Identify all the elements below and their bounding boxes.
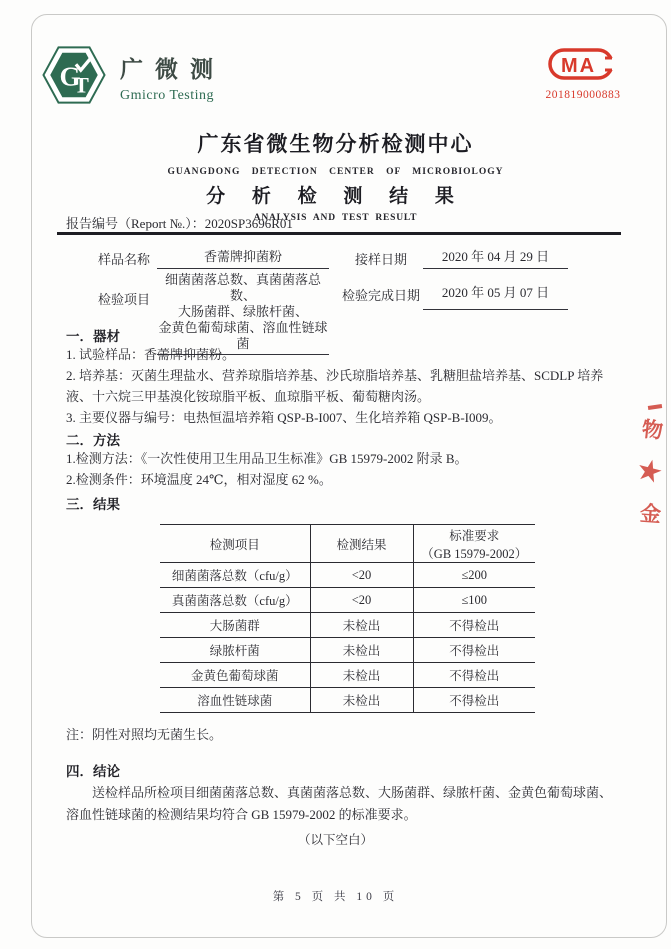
cma-icon: MA [548,67,618,84]
header-rule [57,232,621,235]
section-method-heading: 二．方法 [66,429,120,449]
sample-name-label: 样品名称 [88,249,160,268]
gmicro-hexagon-icon: G T [42,45,106,110]
brand-name-cn: 广微测 [120,51,225,84]
row5-item: 金黄色葡萄球菌 [160,663,310,688]
table-row: 真菌菌落总数（cfu/g） <20 ≤100 [160,588,535,613]
partial-red-seal: 物 ★ 金 [632,402,671,542]
completed-date-value: 2020 年 05 月 07 日 [423,282,568,310]
row6-result: 未检出 [310,688,413,713]
org-title-en: GUANGDONG DETECTION CENTER OF MICROBIOLO… [0,167,671,177]
row3-standard: 不得检出 [413,613,535,638]
cma-mark: MA 201819000883 [543,48,623,101]
svg-text:T: T [74,72,89,97]
row5-standard: 不得检出 [413,663,535,688]
row6-standard: 不得检出 [413,688,535,713]
result-col-result: 检测结果 [310,525,413,563]
svg-text:MA: MA [561,55,596,77]
received-date-value: 2020 年 04 月 29 日 [423,246,568,269]
row6-item: 溶血性链球菌 [160,688,310,713]
equipment-item-2: 2. 培养基：灭菌生理盐水、营养琼脂培养基、沙氏琼脂培养基、乳糖胆盐培养基、SC… [66,365,618,407]
completed-date-label: 检验完成日期 [333,285,429,304]
equipment-item-1: 1. 试验样品：香薷牌抑菌粉。 [66,344,618,365]
seal-character-top: 物 [640,413,664,445]
report-page: G T 广微测 Gmicro Testing MA 201819000883 广… [0,0,671,949]
row2-item: 真菌菌落总数（cfu/g） [160,588,310,613]
seal-star-icon: ★ [632,451,667,491]
method-item-2: 2.检测条件：环境温度 24℃，相对湿度 62 %。 [66,469,618,490]
method-item-1: 1.检测方法：《一次性使用卫生用品卫生标准》GB 15979-2002 附录 B… [66,448,618,469]
row4-item: 绿脓杆菌 [160,638,310,663]
blank-below-note: （以下空白） [0,830,671,848]
section-equipment-heading: 一．器材 [66,325,120,345]
gmicro-logo: G T 广微测 Gmicro Testing [42,45,225,110]
table-row: 金黄色葡萄球菌 未检出 不得检出 [160,663,535,688]
result-col-standard: 标准要求 （GB 15979-2002） [413,525,535,563]
report-number-value: 2020SP3696R01 [205,216,293,231]
result-table: 检测项目 检测结果 标准要求 （GB 15979-2002） 细菌菌落总数（cf… [160,524,535,713]
sample-name-value: 香薷牌抑菌粉 [157,246,329,269]
table-row: 细菌菌落总数（cfu/g） <20 ≤200 [160,563,535,588]
report-number-label: 报告编号（Report №.）： [66,216,205,231]
conclusion-paragraph: 送检样品所检项目细菌菌落总数、真菌菌落总数、大肠菌群、绿脓杆菌、金黄色葡萄球菌、… [66,782,618,826]
row3-item: 大肠菌群 [160,613,310,638]
seal-stroke [648,404,662,410]
brand-name-en: Gmicro Testing [120,88,225,104]
negative-control-note: 注：阴性对照均无菌生长。 [66,724,222,743]
table-row: 溶血性链球菌 未检出 不得检出 [160,688,535,713]
table-row: 绿脓杆菌 未检出 不得检出 [160,638,535,663]
row2-result: <20 [310,588,413,613]
row1-result: <20 [310,563,413,588]
seal-character-bottom: 金 [639,497,662,528]
org-title-cn: 广东省微生物分析检测中心 [0,128,671,158]
section-conclusion-heading: 四．结论 [66,760,120,780]
test-items-value: 细菌菌落总数、真菌菌落总数、 大肠菌群、绿脓杆菌、 金黄色葡萄球菌、溶血性链球菌 [157,272,329,355]
table-row: 大肠菌群 未检出 不得检出 [160,613,535,638]
result-table-header-row: 检测项目 检测结果 标准要求 （GB 15979-2002） [160,525,535,563]
section-method-body: 1.检测方法：《一次性使用卫生用品卫生标准》GB 15979-2002 附录 B… [66,448,618,490]
title-block: 广东省微生物分析检测中心 GUANGDONG DETECTION CENTER … [0,128,671,223]
row4-result: 未检出 [310,638,413,663]
row1-standard: ≤200 [413,563,535,588]
row4-standard: 不得检出 [413,638,535,663]
test-items-label: 检验项目 [88,289,160,308]
report-number-line: 报告编号（Report №.）：2020SP3696R01 [66,213,293,232]
section-equipment-body: 1. 试验样品：香薷牌抑菌粉。 2. 培养基：灭菌生理盐水、营养琼脂培养基、沙氏… [66,344,618,428]
row2-standard: ≤100 [413,588,535,613]
row1-item: 细菌菌落总数（cfu/g） [160,563,310,588]
row3-result: 未检出 [310,613,413,638]
section-result-heading: 三．结果 [66,493,120,513]
received-date-label: 接样日期 [337,249,425,268]
page-number: 第 5 页 共 10 页 [0,888,671,904]
equipment-item-3: 3. 主要仪器与编号：电热恒温培养箱 QSP-B-I007、生化培养箱 QSP-… [66,407,618,428]
cma-cert-number: 201819000883 [543,89,623,101]
row5-result: 未检出 [310,663,413,688]
doc-title-cn: 分 析 检 测 结 果 [0,181,671,208]
result-col-item: 检测项目 [160,525,310,563]
